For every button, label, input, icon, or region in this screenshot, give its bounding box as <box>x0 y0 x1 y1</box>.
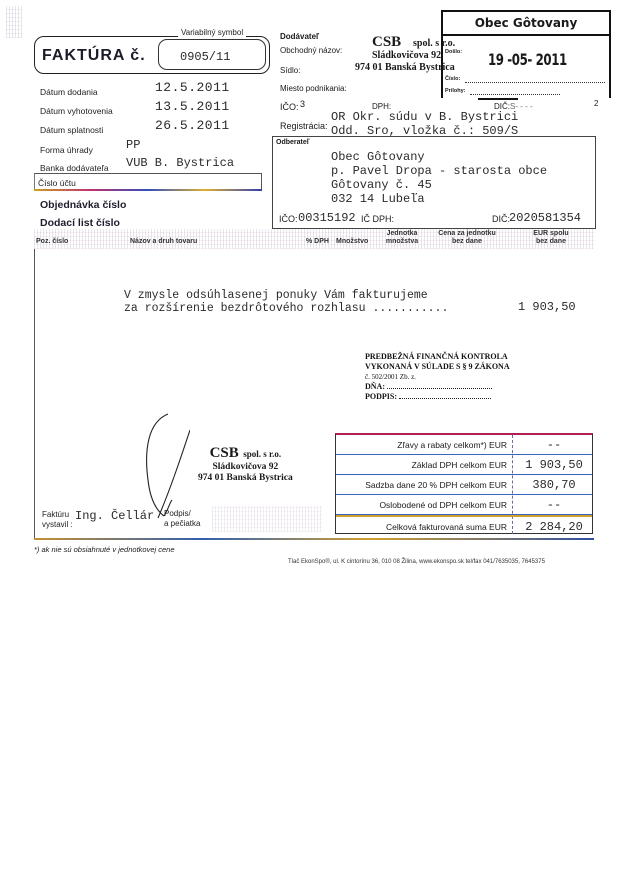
totals-row-exempt: Oslobodené od DPH celkom EUR -- <box>336 495 592 515</box>
supplier-city: 974 01 Banská Bystrica <box>355 62 455 73</box>
scan-noise <box>6 6 22 38</box>
customer-dic-value: 2020581354 <box>509 211 581 225</box>
th-vat: % DPH <box>306 238 329 246</box>
stamp-title: Obec Gôtovany <box>441 12 611 36</box>
supplier-dic-tail: 2 <box>594 99 598 108</box>
fc-day-label: DŇA: <box>365 382 385 391</box>
footnote: *) ak nie sú obsiahnuté v jednotkovej ce… <box>34 545 175 554</box>
fc-line-2: VYKONANÁ V SÚLADE S § 9 ZÁKONA <box>365 362 510 372</box>
issued-by-value: Ing. Čellár <box>75 509 154 523</box>
item-line-1: V zmysle odsúhlasenej ponuky Vám fakturu… <box>124 289 428 302</box>
fc-line-3: č. 502/2001 Zb. z. <box>365 372 510 382</box>
printer-line: Tlač EkonSpo®, ul. K cintorínu 36, 010 0… <box>288 559 545 565</box>
account-number-label: Číslo účtu <box>38 178 76 188</box>
sig-stamp-city: 974 01 Banská Bystrica <box>198 473 293 484</box>
stamp-underline <box>478 98 518 100</box>
totals-vat-base-value: 1 903,50 <box>516 458 592 472</box>
sign-label-l1: Podpis/ <box>164 509 200 519</box>
issue-date-label: Dátum vyhotovenia <box>40 106 113 116</box>
totals-row-vat: Sadzba dane 20 % DPH celkom EUR 380,70 <box>336 475 592 495</box>
item-amount: 1 903,50 <box>518 300 576 314</box>
business-place-label: Miesto podnikania: <box>280 84 347 93</box>
delivery-note-label: Dodací list číslo <box>40 217 120 229</box>
stamp-date: 19 -05- 2011 <box>488 50 567 69</box>
scan-noise-smudge <box>212 506 322 532</box>
totals-row-discounts: Zľavy a rabaty celkom*) EUR -- <box>336 435 592 455</box>
delivery-date-value: 12.5.2011 <box>155 80 230 95</box>
payment-form-label: Forma úhrady <box>40 145 93 155</box>
th-unit-price: Cena za jednotkubez dane <box>432 230 502 246</box>
supplier-bank-value: VUB B. Bystrica <box>126 156 234 170</box>
registration-line-1: OR Okr. súdu v B. Bystrici <box>331 110 518 124</box>
supplier-name: CSB <box>372 34 401 51</box>
sign-label: Podpis/ a pečiatka <box>164 509 200 529</box>
fc-signature-label: PODPIS: <box>365 392 397 401</box>
sig-stamp-name: CSB <box>210 445 239 461</box>
invoice-title: FAKTÚRA č. <box>42 47 146 65</box>
supplier-heading: Dodávateľ <box>280 32 319 41</box>
th-quantity: Množstvo <box>336 238 368 246</box>
th-total-l2: bez dane <box>536 238 566 245</box>
financial-control-stamp: PREDBEŽNÁ FINANČNÁ KONTROLA VYKONANÁ V S… <box>365 352 510 402</box>
issued-by-label-l2: vystavil : <box>42 520 73 530</box>
customer-dic-label: DIČ: <box>492 214 510 224</box>
customer-ic-dph-label: IČ DPH: <box>361 214 394 224</box>
delivery-date-label: Dátum dodania <box>40 87 98 97</box>
stamp-attachments-line <box>470 94 560 95</box>
customer-contact: p. Pavel Dropa - starosta obce <box>331 164 547 178</box>
seat-label: Sídlo: <box>280 66 300 75</box>
item-line-2: za rozšírenie bezdrôtového rozhlasu ....… <box>124 302 448 315</box>
supplier-street: Sládkovičova 92 <box>372 50 441 61</box>
totals-row-vat-base: Základ DPH celkom EUR 1 903,50 <box>336 455 592 475</box>
stamp-received-label: Došlo: <box>445 49 462 55</box>
totals-row-grand: Celková fakturovaná suma EUR 2 284,20 <box>336 515 592 535</box>
sign-label-l2: a pečiatka <box>164 519 200 529</box>
supplier-bank-label: Banka dodávateľa <box>40 163 109 173</box>
table-left-border <box>34 249 35 539</box>
supplier-ico-value: 3 <box>300 99 305 109</box>
order-number-label: Objednávka číslo <box>40 199 126 211</box>
bottom-rule <box>34 538 594 540</box>
th-unit-price-l1: Cena za jednotku <box>438 230 496 237</box>
totals-vat-base-label: Základ DPH celkom EUR <box>412 460 507 470</box>
th-unit-l2: množstva <box>386 238 418 245</box>
totals-discounts-value: -- <box>516 438 592 452</box>
totals-discounts-label: Zľavy a rabaty celkom*) EUR <box>397 440 507 450</box>
issued-by-label: Faktúru vystavil : <box>42 510 73 530</box>
sig-stamp-suffix: spol. s r.o. <box>243 449 281 459</box>
supplier-ico-label: IČO: <box>280 102 299 112</box>
supplier-stamp: CSB spol. s r.o. Sládkovičova 92 974 01 … <box>198 444 293 484</box>
th-position: Poz. číslo <box>36 238 68 246</box>
totals-vat-label: Sadzba dane 20 % DPH celkom EUR <box>365 480 507 490</box>
issue-date-value: 13.5.2011 <box>155 99 230 114</box>
th-unit-l1: Jednotka <box>387 230 418 237</box>
issued-by-label-l1: Faktúru <box>42 510 73 520</box>
th-total: EUR spolubez dane <box>526 230 576 246</box>
stamp-number-line <box>465 82 605 83</box>
payment-form-value: PP <box>126 138 140 152</box>
stamp-number-label: Číslo: <box>445 76 460 82</box>
totals-grand-value: 2 284,20 <box>516 520 592 534</box>
totals-exempt-value: -- <box>516 498 592 512</box>
customer-ico-value: 00315192 <box>298 211 356 225</box>
variable-symbol-value: 0905/11 <box>180 50 230 64</box>
th-item-name: Názov a druh tovaru <box>130 238 197 246</box>
fc-line-1: PREDBEŽNÁ FINANČNÁ KONTROLA <box>365 352 510 362</box>
due-date-label: Dátum splatnosti <box>40 125 103 135</box>
variable-symbol-label: Variabilný symbol <box>178 28 246 37</box>
th-total-l1: EUR spolu <box>533 230 568 237</box>
th-unit-price-l2: bez dane <box>452 238 482 245</box>
customer-heading: Odberateľ <box>276 139 309 146</box>
due-date-value: 26.5.2011 <box>155 118 230 133</box>
fc-signature: PODPIS: <box>365 392 510 402</box>
totals-exempt-label: Oslobodené od DPH celkom EUR <box>379 500 507 510</box>
th-unit: Jednotkamnožstva <box>382 230 422 246</box>
customer-street: Gôtovany č. 45 <box>331 178 432 192</box>
stamp-attachments-label: Prílohy: <box>445 88 465 94</box>
totals-table: Zľavy a rabaty celkom*) EUR -- Základ DP… <box>335 433 593 534</box>
signature-scribble-icon <box>140 410 190 520</box>
customer-city: 032 14 Lubeľa <box>331 192 425 206</box>
sig-stamp-street: Sládkovičova 92 <box>198 462 293 473</box>
fc-day: DŇA: <box>365 382 510 392</box>
totals-grand-label: Celková fakturovaná suma EUR <box>386 522 507 532</box>
registration-label: Registrácia: <box>280 121 328 131</box>
trade-name-label: Obchodný názov: <box>280 46 342 55</box>
totals-vat-value: 380,70 <box>516 478 592 492</box>
customer-name: Obec Gôtovany <box>331 150 425 164</box>
customer-ico-label: IČO: <box>279 214 298 224</box>
account-underline <box>34 189 262 191</box>
